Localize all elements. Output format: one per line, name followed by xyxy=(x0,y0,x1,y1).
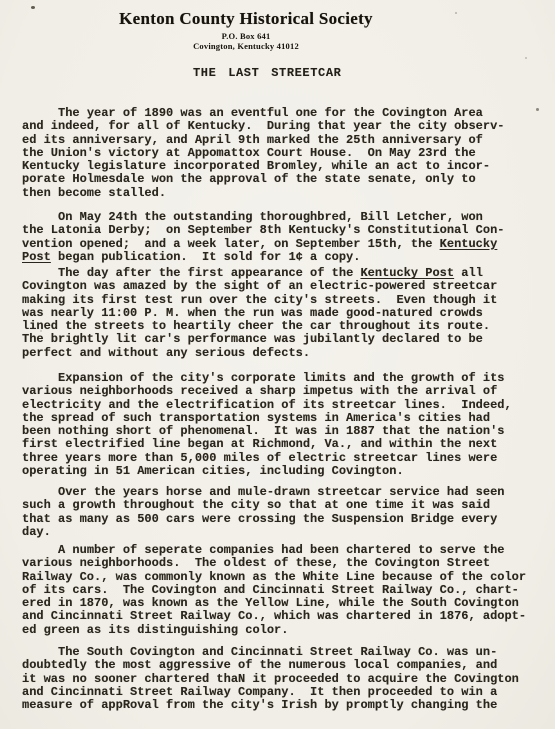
paragraph-6: A number of seperate companies had been … xyxy=(22,544,548,637)
article-title: THE LAST STREETCAR xyxy=(193,66,341,80)
ink-speck xyxy=(40,330,42,332)
paragraph-2: On May 24th the outstanding thoroughbred… xyxy=(22,211,548,264)
paragraph-4: Expansion of the city's corporate limits… xyxy=(22,372,548,478)
ink-speck xyxy=(31,6,35,9)
paragraph-1: The year of 1890 was an eventful one for… xyxy=(22,107,548,200)
document-page: Kenton County Historical Society P.O. Bo… xyxy=(0,0,555,729)
ink-speck xyxy=(455,12,457,14)
ink-speck xyxy=(525,57,527,59)
paragraph-5: Over the years horse and mule-drawn stre… xyxy=(22,486,548,539)
paragraph-7: The South Covington and Cincinnati Stree… xyxy=(22,646,548,712)
paragraph-3: The day after the first appearance of th… xyxy=(22,267,548,360)
letterhead: Kenton County Historical Society P.O. Bo… xyxy=(0,0,492,55)
ink-speck xyxy=(536,108,539,111)
address-line-2: Covington, Kentucky 41012 xyxy=(0,41,492,51)
org-name: Kenton County Historical Society xyxy=(0,9,492,29)
address-line-1: P.O. Box 641 xyxy=(0,31,492,41)
